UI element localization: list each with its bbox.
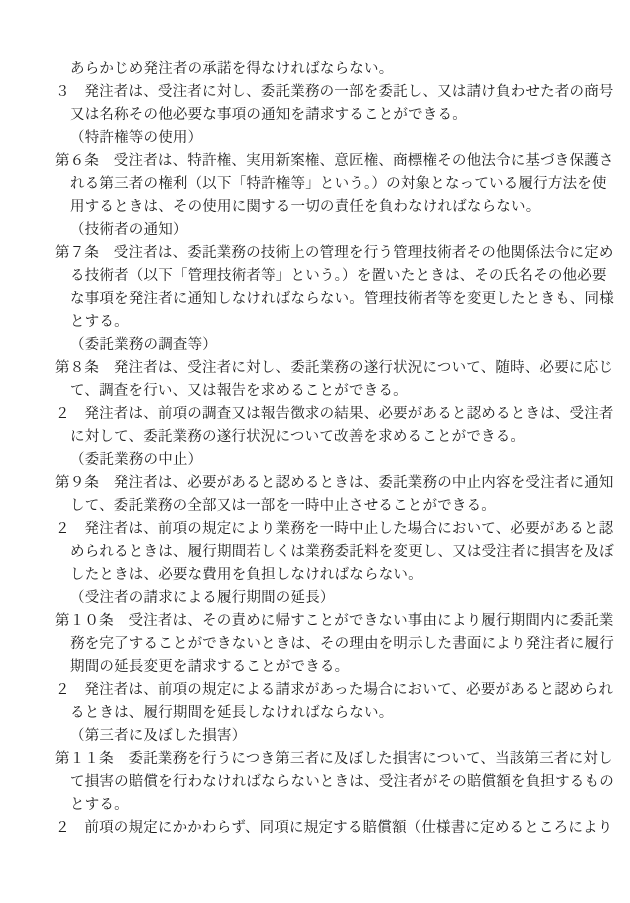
article-line: 第９条 発注者は、必要があると認めるときは、委託業務の中止内容を受注者に通知 [55,472,590,495]
paragraph-line: ２ 発注者は、前項の調査又は報告徴求の結果、必要があると認めるときは、受注者 [55,403,590,426]
document-page: あらかじめ発注者の承諾を得なければならない。 ３ 発注者は、受注者に対し、委託業… [0,0,630,903]
continuation-line: るときは、履行期間を延長しなければならない。 [55,702,590,725]
article-line: 第７条 受注者は、委託業務の技術上の管理を行う管理技術者その他関係法令に定め [55,242,590,265]
section-heading: （技術者の通知） [55,219,590,242]
continuation-line: れる第三者の権利（以下「特許権等」という。）の対象となっている履行方法を使 [55,173,590,196]
continuation-line: に対して、委託業務の遂行状況について改善を求めることができる。 [55,426,590,449]
continuation-line: 用するときは、その使用に関する一切の責任を負わなければならない。 [55,196,590,219]
continuation-line: る技術者（以下「管理技術者等」という。）を置いたときは、その氏名その他必要 [55,265,590,288]
section-heading: （特許権等の使用） [55,127,590,150]
section-heading: （受注者の請求による履行期間の延長） [55,587,590,610]
paragraph-line: ３ 発注者は、受注者に対し、委託業務の一部を委託し、又は請け負わせた者の商号 [55,81,590,104]
section-heading: （委託業務の中止） [55,449,590,472]
paragraph-line: ２ 発注者は、前項の規定による請求があった場合において、必要があると認められ [55,679,590,702]
continuation-line: 務を完了することができないときは、その理由を明示した書面により発注者に履行 [55,633,590,656]
article-line: 第８条 発注者は、受注者に対し、委託業務の遂行状況について、随時、必要に応じ [55,357,590,380]
continuation-line: 又は名称その他必要な事項の通知を請求することができる。 [55,104,590,127]
section-heading: （第三者に及ぼした損害） [55,725,590,748]
article-line: 第６条 受注者は、特許権、実用新案権、意匠権、商標権その他法令に基づき保護さ [55,150,590,173]
continuation-line: て損害の賠償を行わなければならないときは、受注者がその賠償額を負担するもの [55,771,590,794]
continuation-line: あらかじめ発注者の承諾を得なければならない。 [55,58,590,81]
continuation-line: して、委託業務の全部又は一部を一時中止させることができる。 [55,495,590,518]
continuation-line: められるときは、履行期間若しくは業務委託料を変更し、又は受注者に損害を及ぼ [55,541,590,564]
continuation-line: とする。 [55,311,590,334]
continuation-line: とする。 [55,794,590,817]
section-heading: （委託業務の調査等） [55,334,590,357]
paragraph-line: ２ 発注者は、前項の規定により業務を一時中止した場合において、必要があると認 [55,518,590,541]
continuation-line: したときは、必要な費用を負担しなければならない。 [55,564,590,587]
continuation-line: 期間の延長変更を請求することができる。 [55,656,590,679]
article-line: 第１０条 受注者は、その責めに帰すことができない事由により履行期間内に委託業 [55,610,590,633]
article-line: 第１１条 委託業務を行うにつき第三者に及ぼした損害について、当該第三者に対し [55,748,590,771]
continuation-line: な事項を発注者に通知しなければならない。管理技術者等を変更したときも、同様 [55,288,590,311]
paragraph-line: ２ 前項の規定にかかわらず、同項に規定する賠償額（仕様書に定めるところにより [55,817,590,840]
continuation-line: て、調査を行い、又は報告を求めることができる。 [55,380,590,403]
